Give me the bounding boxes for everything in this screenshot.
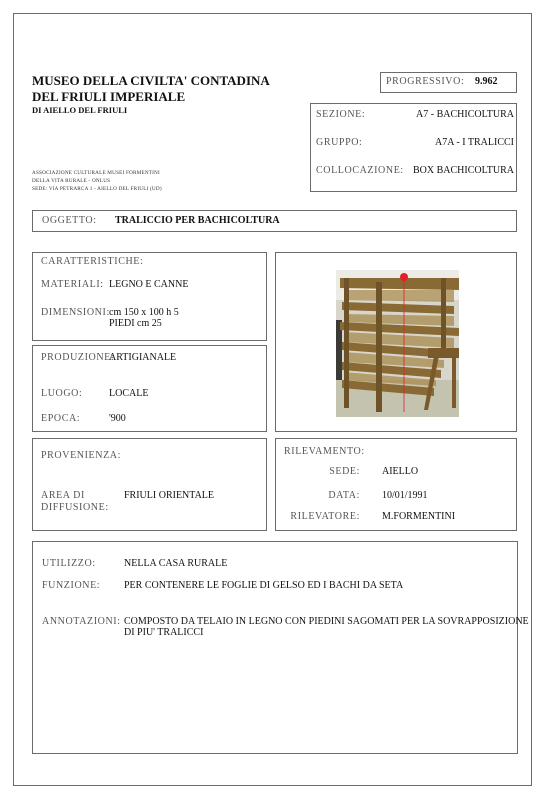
association-line1: ASSOCIAZIONE CULTURALE MUSEI FORMENTINI (32, 169, 160, 177)
caratteristiche-heading: CARATTERISTICHE: (41, 256, 143, 267)
luogo-label: LUOGO: (41, 388, 82, 399)
dimensioni-label: DIMENSIONI: (41, 307, 110, 318)
data-label: DATA: (328, 490, 360, 501)
provenienza-heading: PROVENIENZA: (41, 450, 121, 461)
materiali-label: MATERIALI: (41, 279, 104, 290)
rilevatore-label: RILEVATORE: (290, 511, 360, 522)
dimensioni-line2: PIEDI cm 25 (109, 318, 162, 329)
epoca-label: EPOCA: (41, 413, 80, 424)
gruppo-label: GRUPPO: (316, 137, 362, 148)
area-label-line2: DIFFUSIONE: (41, 502, 109, 513)
funzione-value: PER CONTENERE LE FOGLIE DI GELSO ED I BA… (124, 580, 403, 591)
object-photo (336, 270, 459, 417)
area-label-line1: AREA DI (41, 490, 85, 501)
progressivo-label: PROGRESSIVO: (386, 76, 464, 87)
rilevamento-heading: RILEVAMENTO: (284, 446, 365, 457)
annotazioni-line2: DI PIU' TRALICCI (124, 627, 203, 638)
collocazione-label: COLLOCAZIONE: (316, 165, 404, 176)
area-value: FRIULI ORIENTALE (124, 490, 214, 501)
produzione-label: PRODUZIONE: (41, 352, 114, 363)
progressivo-value: 9.962 (475, 76, 498, 87)
sezione-label: SEZIONE: (316, 109, 365, 120)
association-line3: SEDE: VIA PETRARCA 1 - AIELLO DEL FRIULI… (32, 185, 162, 193)
funzione-label: FUNZIONE: (42, 580, 100, 591)
annotazioni-line1: COMPOSTO DA TELAIO IN LEGNO CON PIEDINI … (124, 616, 529, 627)
utilizzo-label: UTILIZZO: (42, 558, 96, 569)
association-line2: DELLA VITA RURALE - ONLUS (32, 177, 110, 185)
rilevatore-value: M.FORMENTINI (382, 511, 455, 522)
sede-value: AIELLO (382, 466, 418, 477)
uso-box (32, 541, 518, 754)
epoca-value: '900 (109, 413, 126, 424)
materiali-value: LEGNO E CANNE (109, 279, 188, 290)
museum-title-line2: DEL FRIULI IMPERIALE (32, 89, 185, 105)
dimensioni-line1: cm 150 x 100 h 5 (109, 307, 179, 318)
utilizzo-value: NELLA CASA RURALE (124, 558, 227, 569)
data-value: 10/01/1991 (382, 490, 428, 501)
gruppo-value: A7A - I TRALICCI (435, 137, 514, 148)
luogo-value: LOCALE (109, 388, 148, 399)
museum-subtitle: DI AIELLO DEL FRIULI (32, 105, 127, 115)
sezione-value: A7 - BACHICOLTURA (416, 109, 514, 120)
oggetto-value: TRALICCIO PER BACHICOLTURA (115, 215, 280, 226)
produzione-value: ARTIGIANALE (109, 352, 176, 363)
sede-label: SEDE: (329, 466, 360, 477)
museum-title-line1: MUSEO DELLA CIVILTA' CONTADINA (32, 73, 270, 89)
oggetto-label: OGGETTO: (42, 215, 97, 226)
collocazione-value: BOX BACHICOLTURA (413, 165, 514, 176)
annotazioni-label: ANNOTAZIONI: (42, 616, 121, 627)
